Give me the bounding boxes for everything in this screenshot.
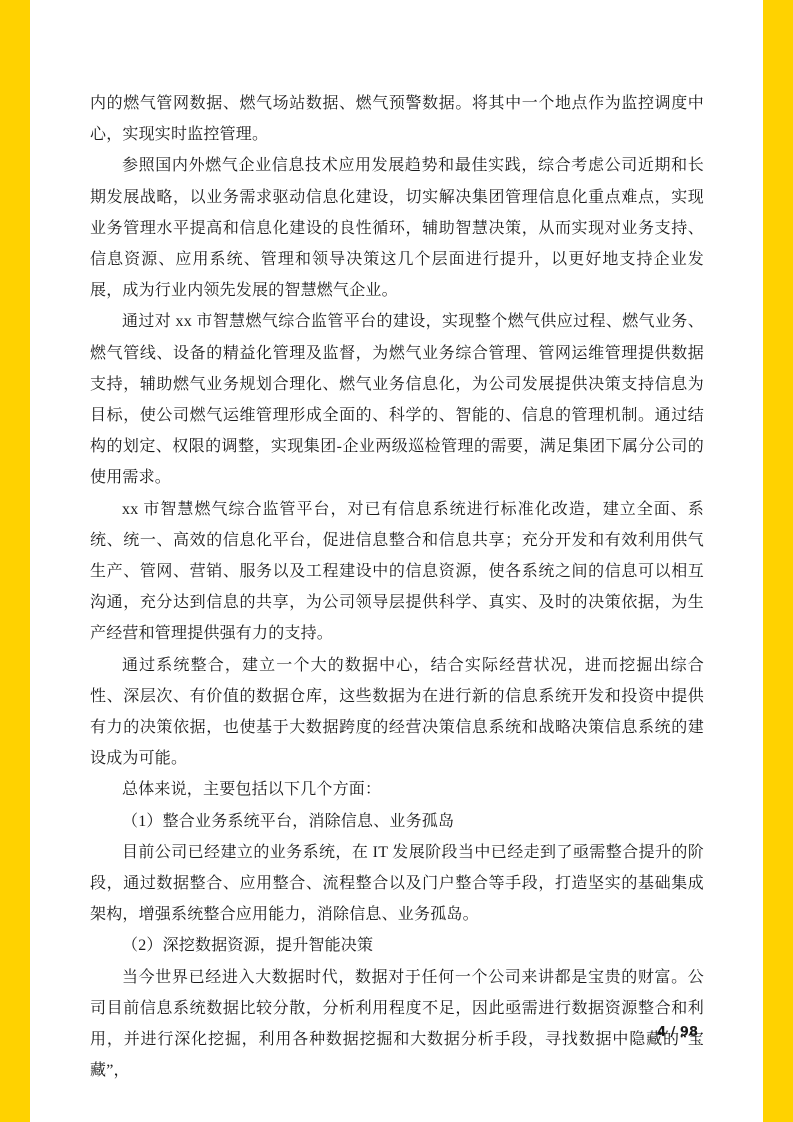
paragraph: xx 市智慧燃气综合监管平台，对已有信息系统进行标准化改造，建立全面、系统、统一… xyxy=(90,494,704,650)
document-page: 内的燃气管网数据、燃气场站数据、燃气预警数据。将其中一个地点作为监控调度中心，实… xyxy=(0,0,793,1122)
paragraph: 通过系统整合，建立一个大的数据中心，结合实际经营状况，进而挖掘出综合性、深层次、… xyxy=(90,650,704,775)
page-number: 4 / 98 xyxy=(657,1025,698,1040)
right-accent-bar xyxy=(763,0,793,1122)
paragraph: （2）深挖数据资源，提升智能决策 xyxy=(90,930,704,961)
paragraph: （1）整合业务系统平台，消除信息、业务孤岛 xyxy=(90,806,704,837)
document-body: 内的燃气管网数据、燃气场站数据、燃气预警数据。将其中一个地点作为监控调度中心，实… xyxy=(90,88,704,1087)
paragraph: 目前公司已经建立的业务系统，在 IT 发展阶段当中已经走到了亟需整合提升的阶段，… xyxy=(90,837,704,931)
paragraph: 通过对 xx 市智慧燃气综合监管平台的建设，实现整个燃气供应过程、燃气业务、燃气… xyxy=(90,306,704,493)
left-accent-bar xyxy=(0,0,30,1122)
paragraph: 总体来说，主要包括以下几个方面： xyxy=(90,774,704,805)
paragraph: 内的燃气管网数据、燃气场站数据、燃气预警数据。将其中一个地点作为监控调度中心，实… xyxy=(90,88,704,150)
paragraph: 参照国内外燃气企业信息技术应用发展趋势和最佳实践，综合考虑公司近期和长期发展战略… xyxy=(90,150,704,306)
paragraph: 当今世界已经进入大数据时代，数据对于任何一个公司来讲都是宝贵的财富。公司目前信息… xyxy=(90,962,704,1087)
